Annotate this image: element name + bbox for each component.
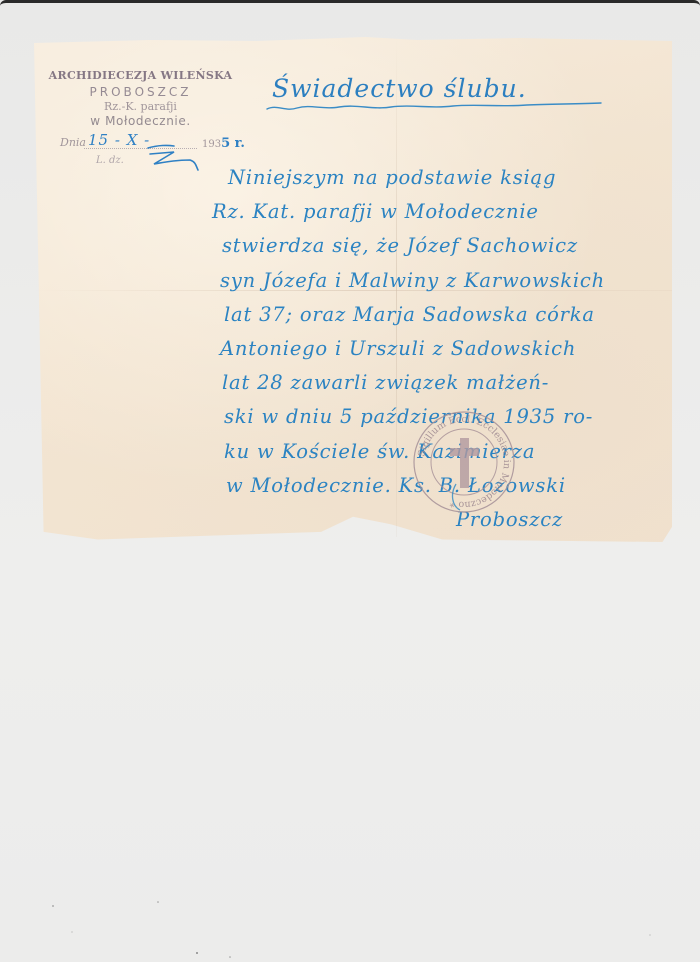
body-line: lat 37; oraz Marja Sadowska córka (212, 303, 652, 337)
parish-round-seal: Sigillum Eccl. Ecclesiae in Mołodeczno * (412, 410, 516, 514)
body-line: Antoniego i Urszuli z Sadowskich (212, 337, 652, 371)
title-wavy-underline (265, 100, 605, 114)
stamp-parish: Rz.-K. parafji (38, 101, 243, 114)
body-line: Niniejszym na podstawie ksiąg (212, 166, 652, 200)
body-line: Rz. Kat. parafji w Mołodecznie (212, 200, 652, 234)
year-suffix: 5 r. (221, 136, 245, 151)
body-line: stwierdza się, że Józef Sachowicz (212, 234, 652, 268)
scan-dust-specks (0, 560, 700, 962)
stamp-office-title: PROBOSZCZ (38, 86, 243, 100)
handwritten-initial-mark (110, 140, 200, 176)
date-label: Dnia (60, 136, 86, 149)
certificate-title: Świadectwo ślubu. (272, 74, 527, 103)
parish-office-stamp: ARCHIDIECEZJA WILEŃSKA PROBOSZCZ Rz.-K. … (38, 70, 243, 129)
stamp-town: w Mołodecznie. (38, 115, 243, 129)
stamp-archdiocese: ARCHIDIECEZJA WILEŃSKA (38, 70, 243, 83)
date-year: 1935 r. (202, 136, 245, 151)
body-line: lat 28 zawarli związek małżeń- (212, 371, 652, 405)
year-prefix: 193 (202, 139, 221, 150)
body-line: syn Józefa i Malwiny z Karwowskich (212, 269, 652, 303)
cross-icon (450, 438, 479, 488)
